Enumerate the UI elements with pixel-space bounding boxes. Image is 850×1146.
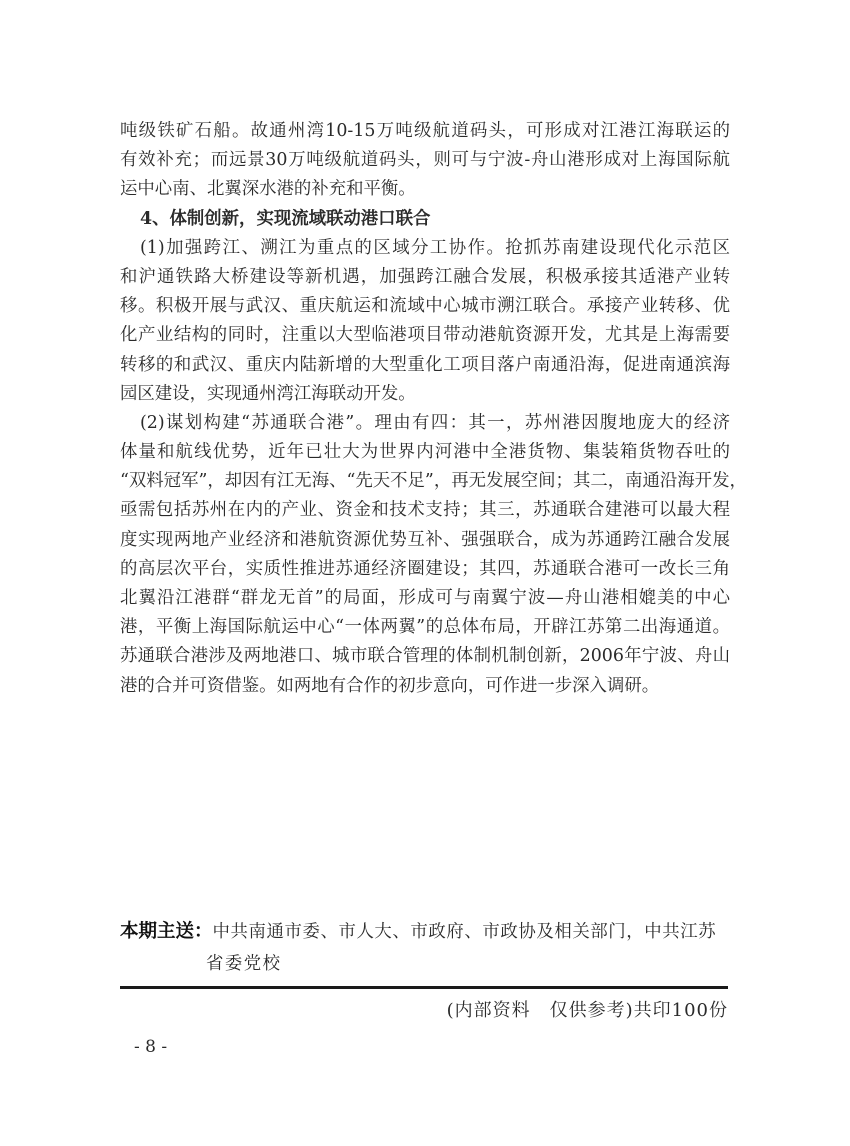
distribution-label: 本期主送：	[120, 921, 213, 942]
text-line: 苏通联合港涉及两地港口、城市联合管理的体制机制创新，2006年宁波、舟山	[120, 642, 730, 671]
text-line: 化产业结构的同时，注重以大型临港项目带动港航资源开发，尤其是上海需要	[120, 321, 730, 350]
text-line: 运中心南、北翼深水港的补充和平衡。	[120, 175, 730, 204]
text-line: 园区建设，实现通州湾江海联动开发。	[120, 380, 730, 409]
text-line: 移。积极开展与武汉、重庆航运和流域中心城市溯江联合。承接产业转移、优	[120, 292, 730, 321]
text-line: 和沪通铁路大桥建设等新机遇，加强跨江融合发展，积极承接其适港产业转	[120, 263, 730, 292]
text-line: 港，平衡上海国际航运中心“一体两翼”的总体布局，开辟江苏第二出海通道。	[120, 613, 730, 642]
text-line: 有效补充；而远景30万吨级航道码头，则可与宁波-舟山港形成对上海国际航	[120, 146, 730, 175]
text-line: (2)谋划构建“苏通联合港”。理由有四：其一，苏州港因腹地庞大的经济	[120, 409, 730, 438]
text-line: “双料冠军”，却因有江无海、“先天不足”，再无发展空间；其二，南通沿海开发，	[120, 467, 730, 496]
print-note: (内部资料 仅供参考)共印100份	[447, 996, 728, 1026]
text-line: 体量和航线优势，近年已壮大为世界内河港中全港货物、集装箱货物吞吐的	[120, 438, 730, 467]
distribution-list: 本期主送：中共南通市委、市人大、市政府、市政协及相关部门，中共江苏 省委党校	[120, 915, 730, 981]
text-line: 的高层次平台，实质性推进苏通经济圈建设；其四，苏通联合港可一改长三角	[120, 555, 730, 584]
text-line: 亟需包括苏州在内的产业、资金和技术支持；其三，苏通联合建港可以最大程	[120, 496, 730, 525]
text-line: 北翼沿江港群“群龙无首”的局面，形成可与南翼宁波—舟山港相媲美的中心	[120, 584, 730, 613]
text-line: (1)加强跨江、溯江为重点的区域分工协作。抢抓苏南建设现代化示范区	[120, 234, 730, 263]
distribution-line-1: 本期主送：中共南通市委、市人大、市政府、市政协及相关部门，中共江苏	[120, 915, 730, 948]
text-line: 吨级铁矿石船。故通州湾10-15万吨级航道码头，可形成对江港江海联运的	[120, 117, 730, 146]
footer-divider	[120, 986, 728, 989]
text-line: 度实现两地产业经济和港航资源优势互补、强强联合，成为苏通跨江融合发展	[120, 526, 730, 555]
text-line: 转移的和武汉、重庆内陆新增的大型重化工项目落户南通沿海，促进南通滨海	[120, 351, 730, 380]
body-text: 吨级铁矿石船。故通州湾10-15万吨级航道码头，可形成对江港江海联运的 有效补充…	[120, 117, 730, 701]
text-line: 港的合并可资借鉴。如两地有合作的初步意向，可作进一步深入调研。	[120, 672, 730, 701]
distribution-line-2: 省委党校	[120, 948, 730, 981]
page-number: - 8 -	[134, 1032, 167, 1062]
section-heading: 4、体制创新，实现流域联动港口联合	[120, 205, 730, 234]
distribution-recipients: 中共南通市委、市人大、市政府、市政协及相关部门，中共江苏	[213, 922, 717, 942]
document-page: 吨级铁矿石船。故通州湾10-15万吨级航道码头，可形成对江港江海联运的 有效补充…	[0, 0, 850, 1146]
